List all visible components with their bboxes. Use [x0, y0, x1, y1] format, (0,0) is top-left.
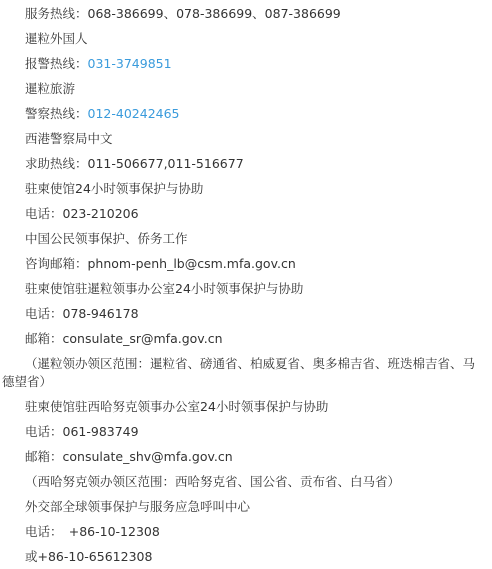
text-line: 暹粒旅游	[2, 80, 492, 98]
text-line: 西港警察局中文	[2, 130, 492, 148]
line-label: 报警热线：	[25, 56, 88, 71]
text-line: 驻柬使馆驻暹粒领事办公室24小时领事保护与协助	[2, 280, 492, 298]
text-line: 电话：023-210206	[2, 205, 492, 223]
text-line: 德望省）	[2, 373, 492, 391]
text-line: 外交部全球领事保护与服务应急呼叫中心	[2, 498, 492, 516]
text-line: 暹粒外国人	[2, 30, 492, 48]
text-line: （西哈努克领办领区范围：西哈努克省、国公省、贡布省、白马省）	[2, 473, 492, 491]
text-line: 邮箱：consulate_sr@mfa.gov.cn	[2, 330, 492, 348]
text-line: 或+86-10-65612308	[2, 548, 492, 566]
text-line: 电话： +86-10-12308	[2, 523, 492, 541]
text-line: （暹粒领办领区范围：暹粒省、磅通省、柏威夏省、奥多棉吉省、班迭棉吉省、马	[2, 355, 492, 373]
text-line: 求助热线：011-506677,011-516677	[2, 155, 492, 173]
content-lines: 服务热线：068-386699、078-386699、087-386699暹粒外…	[2, 5, 492, 566]
consular-contact-page: 服务热线：068-386699、078-386699、087-386699暹粒外…	[0, 0, 492, 569]
text-line: 驻柬使馆24小时领事保护与协助	[2, 180, 492, 198]
text-line: 服务热线：068-386699、078-386699、087-386699	[2, 5, 492, 23]
text-line: 警察热线：012-40242465	[2, 105, 492, 123]
text-line: 咨询邮箱：phnom-penh_lb@csm.mfa.gov.cn	[2, 255, 492, 273]
phone-number-link[interactable]: 031-3749851	[88, 56, 172, 71]
text-line: 中国公民领事保护、侨务工作	[2, 230, 492, 248]
text-line: 驻柬使馆驻西哈努克领事办公室24小时领事保护与协助	[2, 398, 492, 416]
text-line: 电话：061-983749	[2, 423, 492, 441]
line-label: 警察热线：	[25, 106, 88, 121]
text-line: 邮箱：consulate_shv@mfa.gov.cn	[2, 448, 492, 466]
text-line: 电话：078-946178	[2, 305, 492, 323]
text-line: 报警热线：031-3749851	[2, 55, 492, 73]
phone-number-link[interactable]: 012-40242465	[88, 106, 180, 121]
